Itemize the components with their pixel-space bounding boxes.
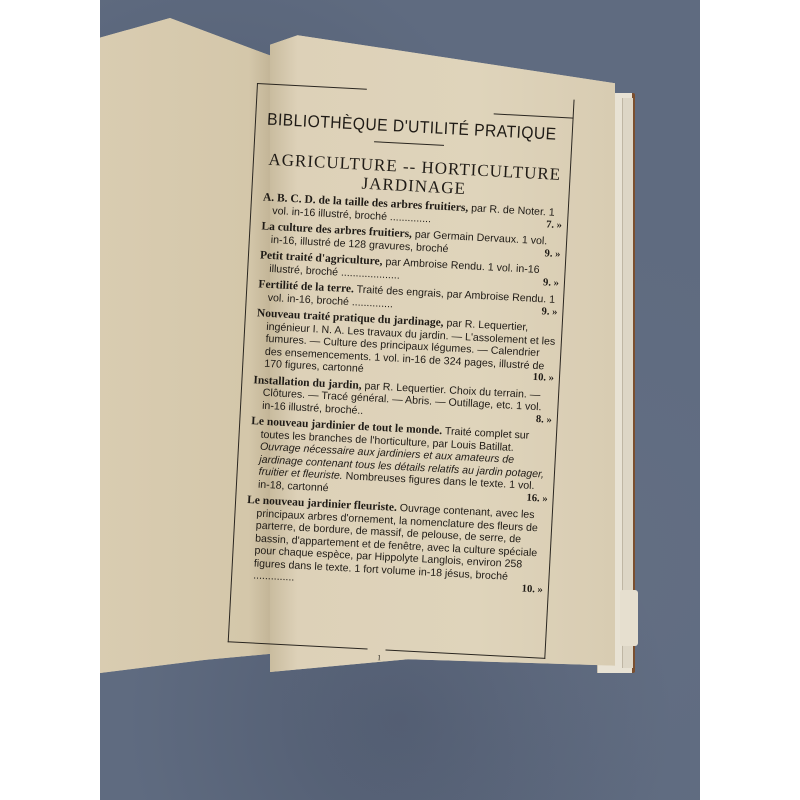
entry-price: 10. » [531,584,543,597]
entry-price: 9. » [553,277,560,290]
entry-price: 8. » [546,414,553,427]
entry-text: Ouvrage contenant, avec les principaux a… [253,502,538,584]
entry-price: 16. » [536,493,548,506]
page-tab [620,590,638,646]
catalogue-entry: Le nouveau jardinier fleuriste. Ouvrage … [243,494,547,597]
entry-price: 10. » [542,372,554,385]
catalogue-entries: A. B. C. D. de la taille des arbres frui… [243,191,563,601]
entry-price: 9. » [551,306,558,319]
page-edges-inner [622,98,633,668]
text-frame: BIBLIOTHÈQUE D'UTILITÉ PRATIQUE AGRICULT… [228,83,575,659]
page-folio: 1 [377,653,381,662]
entry-price: 9. » [554,248,561,261]
catalogue-entry: Le nouveau jardinier de tout le monde. T… [248,415,552,506]
entry-price: 7. » [556,219,563,232]
catalogue-entry: Nouveau traité pratique du jardinage, pa… [254,307,557,385]
photo: BIBLIOTHÈQUE D'UTILITÉ PRATIQUE AGRICULT… [100,0,700,800]
